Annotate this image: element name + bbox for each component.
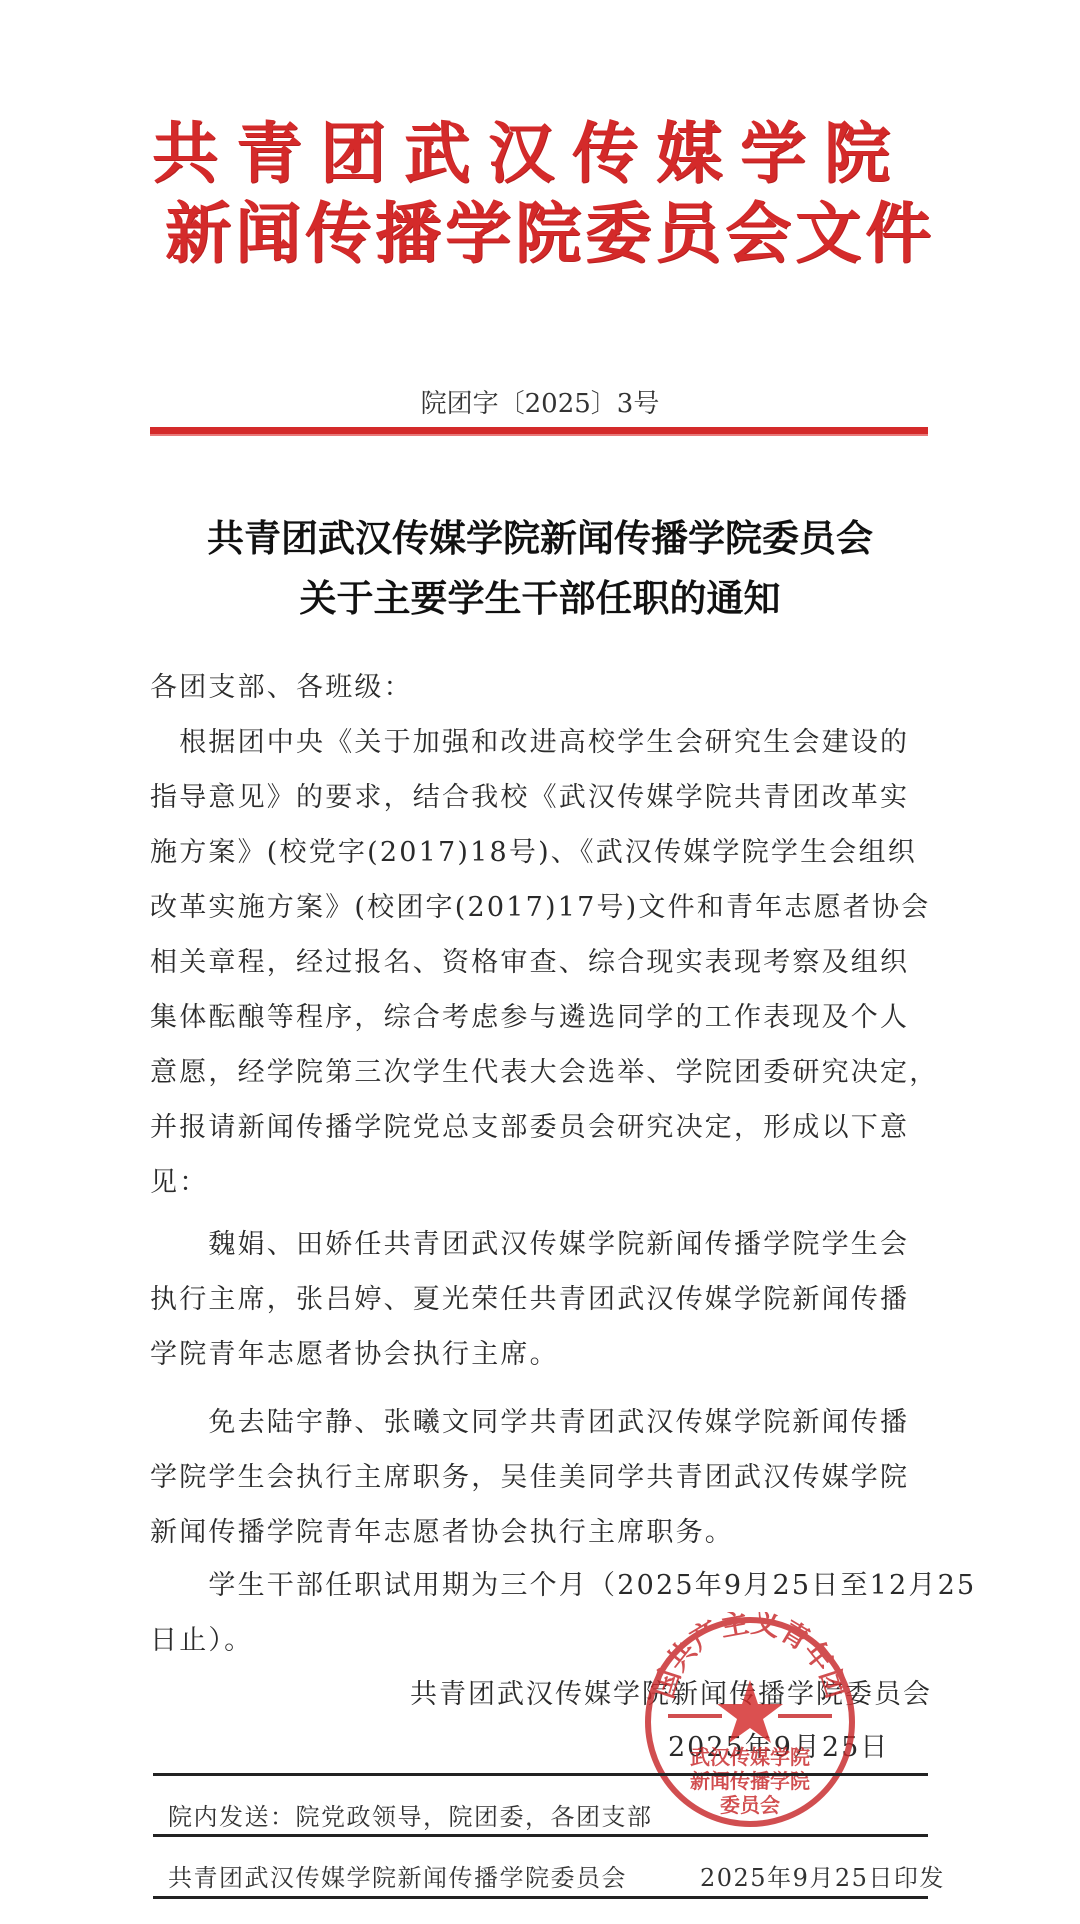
document-number: 院团字〔2025〕3号 <box>0 383 1080 420</box>
distribution-list: 院内发送：院党政领导，院团委，各团支部 <box>168 1797 653 1832</box>
red-separator-line <box>150 427 928 436</box>
footer-rule-bottom <box>153 1896 928 1899</box>
body-line: 相关章程，经过报名、资格审查、综合现实表现考察及组织 <box>150 940 909 979</box>
body-line: 并报请新闻传播学院党总支部委员会研究决定，形成以下意 <box>150 1105 909 1144</box>
probation-line: 日止）。 <box>150 1618 253 1657</box>
appointment-line: 魏娟、田娇任共青团武汉传媒学院新闻传播学院学生会 <box>150 1222 909 1261</box>
probation-line: 学生干部任职试用期为三个月（2025年9月25日至12月25 <box>150 1563 976 1602</box>
body-line: 改革实施方案》(校团字(2017)17号)文件和青年志愿者协会 <box>150 885 930 924</box>
body-line: 根据团中央《关于加强和改进高校学生会研究生会建设的 <box>150 720 909 759</box>
issuer: 共青团武汉传媒学院新闻传播学院委员会 <box>168 1858 627 1893</box>
footer-rule-top <box>153 1773 928 1776</box>
salutation: 各团支部、各班级： <box>150 665 413 704</box>
notice-heading-line1: 共青团武汉传媒学院新闻传播学院委员会 <box>0 508 1080 562</box>
letterhead-title-line2: 新闻传播学院委员会文件 <box>165 180 935 275</box>
body-line: 意愿，经学院第三次学生代表大会选举、学院团委研究决定， <box>150 1050 938 1089</box>
notice-heading-line2: 关于主要学生干部任职的通知 <box>0 568 1080 622</box>
dismissal-line: 学院学生会执行主席职务，吴佳美同学共青团武汉传媒学院 <box>150 1455 909 1494</box>
dismissal-line: 免去陆宇静、张曦文同学共青团武汉传媒学院新闻传播 <box>150 1400 909 1439</box>
official-seal-icon: 国共产主义青年团 武汉传媒学院 新闻传播学院 委员会 <box>640 1612 860 1832</box>
appointment-line: 执行主席，张吕婷、夏光荣任共青团武汉传媒学院新闻传播 <box>150 1277 909 1316</box>
footer-rule-middle <box>153 1834 928 1837</box>
body-line: 见： <box>150 1160 208 1199</box>
seal-line1: 武汉传媒学院 <box>690 1745 810 1769</box>
appointment-line: 学院青年志愿者协会执行主席。 <box>150 1332 559 1371</box>
body-line: 集体酝酿等程序，综合考虑参与遴选同学的工作表现及个人 <box>150 995 909 1034</box>
seal-line3: 委员会 <box>720 1793 780 1817</box>
body-line: 指导意见》的要求，结合我校《武汉传媒学院共青团改革实 <box>150 775 909 814</box>
issue-date: 2025年9月25日印发 <box>700 1858 945 1893</box>
body-line: 施方案》(校党字(2017)18号)、《武汉传媒学院学生会组织 <box>150 830 917 869</box>
dismissal-line: 新闻传播学院青年志愿者协会执行主席职务。 <box>150 1510 734 1549</box>
